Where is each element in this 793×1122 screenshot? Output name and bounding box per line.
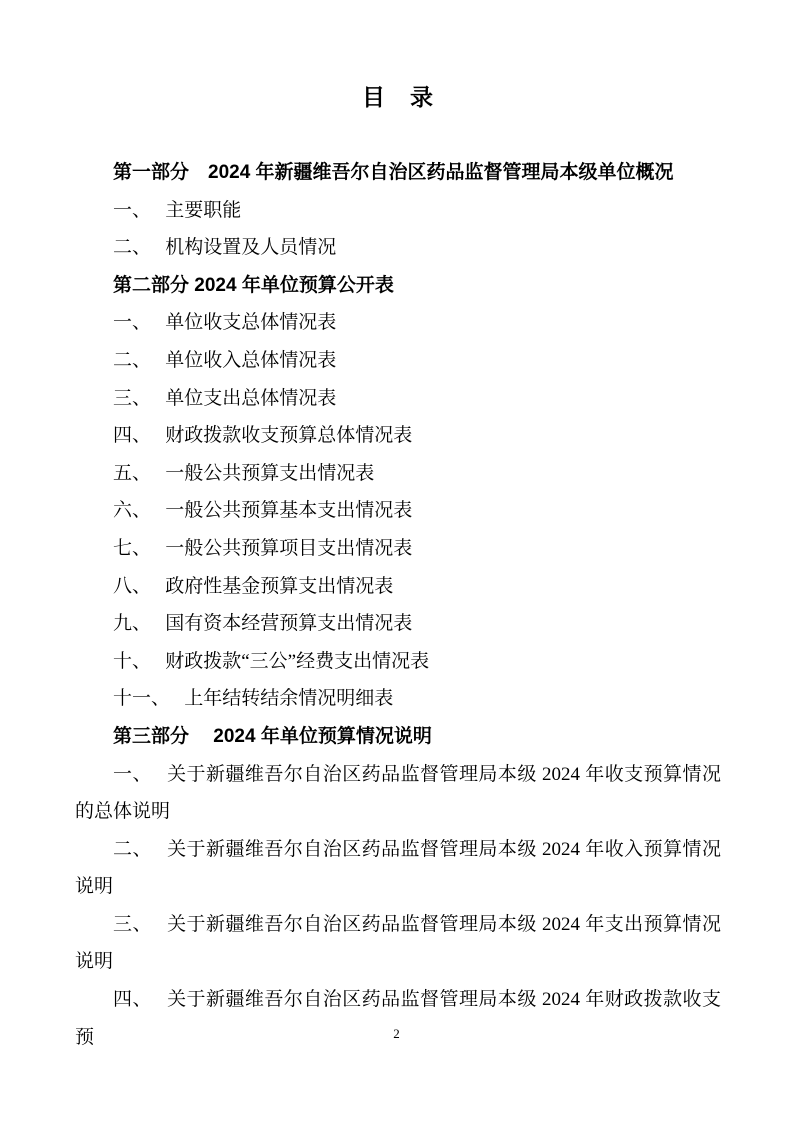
toc-entry-part2-8: 八、 政府性基金预算支出情况表 bbox=[75, 568, 721, 606]
toc-entry-part1-1: 一、 主要职能 bbox=[75, 192, 721, 230]
toc-entry-part3-2: 二、 关于新疆维吾尔自治区药品监督管理局本级 2024 年收入预算情况说明 bbox=[75, 831, 721, 906]
toc-part1-heading: 第一部分 2024 年新疆维吾尔自治区药品监督管理局本级单位概况 bbox=[75, 154, 721, 192]
toc-entry-part1-2: 二、 机构设置及人员情况 bbox=[75, 229, 721, 267]
toc-entry-part3-4: 四、 关于新疆维吾尔自治区药品监督管理局本级 2024 年财政拨款收支预 bbox=[75, 981, 721, 1056]
toc-entry-part3-3: 三、 关于新疆维吾尔自治区药品监督管理局本级 2024 年支出预算情况说明 bbox=[75, 906, 721, 981]
toc-entry-part2-11: 十一、 上年结转结余情况明细表 bbox=[75, 680, 721, 718]
toc-part3-heading: 第三部分 2024 年单位预算情况说明 bbox=[75, 718, 721, 756]
toc-entry-part2-4: 四、 财政拨款收支预算总体情况表 bbox=[75, 417, 721, 455]
toc-entry-part2-7: 七、 一般公共预算项目支出情况表 bbox=[75, 530, 721, 568]
toc-entry-part2-6: 六、 一般公共预算基本支出情况表 bbox=[75, 492, 721, 530]
toc-entry-part2-3: 三、 单位支出总体情况表 bbox=[75, 380, 721, 418]
toc-entry-part2-1: 一、 单位收支总体情况表 bbox=[75, 304, 721, 342]
toc-content: 目 录 第一部分 2024 年新疆维吾尔自治区药品监督管理局本级单位概况 一、 … bbox=[75, 84, 721, 1056]
toc-entry-part2-10: 十、 财政拨款“三公”经费支出情况表 bbox=[75, 643, 721, 681]
page-title: 目 录 bbox=[75, 84, 721, 112]
toc-part2-heading: 第二部分 2024 年单位预算公开表 bbox=[75, 267, 721, 305]
document-page: 目 录 第一部分 2024 年新疆维吾尔自治区药品监督管理局本级单位概况 一、 … bbox=[0, 0, 793, 1122]
toc-entry-part2-2: 二、 单位收入总体情况表 bbox=[75, 342, 721, 380]
toc-entry-part2-9: 九、 国有资本经营预算支出情况表 bbox=[75, 605, 721, 643]
page-number: 2 bbox=[0, 1026, 793, 1042]
toc-entry-part2-5: 五、 一般公共预算支出情况表 bbox=[75, 455, 721, 493]
toc-entry-part3-1: 一、 关于新疆维吾尔自治区药品监督管理局本级 2024 年收支预算情况的总体说明 bbox=[75, 756, 721, 831]
